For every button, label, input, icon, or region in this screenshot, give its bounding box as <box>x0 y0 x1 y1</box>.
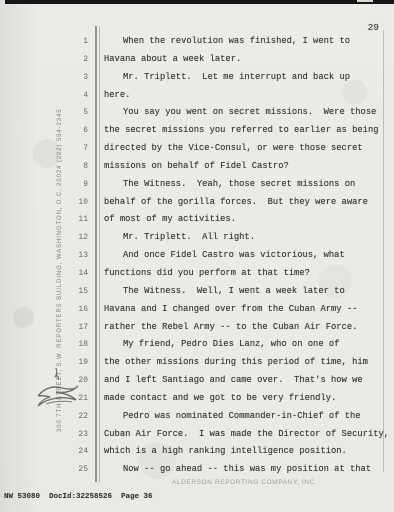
line-number: 22 <box>0 412 88 421</box>
line-text: Now -- go ahead -- this was my position … <box>123 464 371 474</box>
line-text: which is a high ranking intelligence pos… <box>104 446 347 456</box>
transcript-line: 13And once Fidel Castro was victorious, … <box>0 250 394 268</box>
line-number: 6 <box>0 126 88 135</box>
line-text: directed by the Vice-Consul, or were tho… <box>104 143 363 153</box>
line-text: functions did you perform at that time? <box>104 268 310 278</box>
line-text: Mr. Triplett. All right. <box>123 232 255 242</box>
line-number: 7 <box>0 144 88 153</box>
transcript-line: 21made contact and we got to be very fri… <box>0 393 394 411</box>
line-number: 11 <box>0 215 88 224</box>
line-number: 5 <box>0 108 88 117</box>
transcript-line: 6the secret missions you referred to ear… <box>0 125 394 143</box>
transcript-line: 20and I left Santiago and came over. Tha… <box>0 375 394 393</box>
line-number: 4 <box>0 91 88 100</box>
transcript-line: 16Havana and I changed over from the Cub… <box>0 304 394 322</box>
line-text: made contact and we got to be very frien… <box>104 393 336 403</box>
line-number: 20 <box>0 376 88 385</box>
transcript-line: 8missions on behalf of Fidel Castro? <box>0 161 394 179</box>
transcript-line: 9The Witness. Yeah, those secret mission… <box>0 179 394 197</box>
line-number: 9 <box>0 180 88 189</box>
line-number: 3 <box>0 73 88 82</box>
line-text: Havana about a week later. <box>104 54 241 64</box>
line-text: The Witness. Well, I went a week later t… <box>123 286 345 296</box>
line-text: rather the Rebel Army -- to the Cuban Ai… <box>104 322 357 332</box>
line-number: 25 <box>0 465 88 474</box>
transcript-line: 14functions did you perform at that time… <box>0 268 394 286</box>
archive-stamp-footer: NW 53080 DocId:32258526 Page 36 <box>4 493 153 501</box>
scan-edge-bar <box>5 0 394 4</box>
transcript-line: 4here. <box>0 90 394 108</box>
line-number: 21 <box>0 394 88 403</box>
line-text: missions on behalf of Fidel Castro? <box>104 161 289 171</box>
page-number: 29 <box>368 22 379 33</box>
line-text: You say you went on secret missions. Wer… <box>123 107 376 117</box>
transcript-line: 2Havana about a week later. <box>0 54 394 72</box>
line-number: 16 <box>0 305 88 314</box>
line-text: Havana and I changed over from the Cuban… <box>104 304 357 314</box>
line-text: of most of my activities. <box>104 214 236 224</box>
line-number: 14 <box>0 269 88 278</box>
transcript-line: 5You say you went on secret missions. We… <box>0 107 394 125</box>
line-number: 17 <box>0 323 88 332</box>
line-number: 13 <box>0 251 88 260</box>
transcript-line: 3Mr. Triplett. Let me interrupt and back… <box>0 72 394 90</box>
line-number: 12 <box>0 233 88 242</box>
line-text: here. <box>104 90 130 100</box>
scan-edge-notch <box>357 0 373 2</box>
line-number: 2 <box>0 55 88 64</box>
transcript-line: 22Pedro was nominated Commander-in-Chief… <box>0 411 394 429</box>
line-text: And once Fidel Castro was victorious, wh… <box>123 250 345 260</box>
transcript-line: 1When the revolution was finished, I wen… <box>0 36 394 54</box>
transcript-line: 11of most of my activities. <box>0 214 394 232</box>
line-number: 15 <box>0 287 88 296</box>
transcript-line: 19the other missions during this period … <box>0 357 394 375</box>
line-number: 18 <box>0 340 88 349</box>
transcript-line: 15The Witness. Well, I went a week later… <box>0 286 394 304</box>
transcript-line: 10behalf of the gorilla forces. But they… <box>0 197 394 215</box>
line-number: 10 <box>0 198 88 207</box>
line-text: and I left Santiago and came over. That'… <box>104 375 363 385</box>
line-text: the other missions during this period of… <box>104 357 368 367</box>
transcript-line: 7directed by the Vice-Consul, or were th… <box>0 143 394 161</box>
line-number: 8 <box>0 162 88 171</box>
line-text: behalf of the gorilla forces. But they w… <box>104 197 368 207</box>
line-text: My friend, Pedro Dies Lanz, who on one o… <box>123 339 339 349</box>
line-text: Cuban Air Force. I was made the Director… <box>104 429 389 439</box>
line-text: Mr. Triplett. Let me interrupt and back … <box>123 72 350 82</box>
scanned-transcript-page: 29 300 7TH STREET, S.W. REPORTERS BUILDI… <box>0 0 394 512</box>
transcript-line: 18My friend, Pedro Dies Lanz, who on one… <box>0 339 394 357</box>
transcript-body: 1When the revolution was finished, I wen… <box>0 36 394 482</box>
line-number: 19 <box>0 358 88 367</box>
line-text: The Witness. Yeah, those secret missions… <box>123 179 355 189</box>
line-number: 23 <box>0 430 88 439</box>
transcript-line: 24which is a high ranking intelligence p… <box>0 446 394 464</box>
transcript-line: 12Mr. Triplett. All right. <box>0 232 394 250</box>
line-number: 24 <box>0 447 88 456</box>
transcript-line: 17rather the Rebel Army -- to the Cuban … <box>0 322 394 340</box>
transcript-line: 23Cuban Air Force. I was made the Direct… <box>0 429 394 447</box>
line-text: When the revolution was finished, I went… <box>123 36 350 46</box>
line-text: the secret missions you referred to earl… <box>104 125 379 135</box>
line-number: 1 <box>0 37 88 46</box>
line-text: Pedro was nominated Commander-in-Chief o… <box>123 411 361 421</box>
reporting-company-footer: ALDERSON REPORTING COMPANY, INC. <box>172 479 317 486</box>
